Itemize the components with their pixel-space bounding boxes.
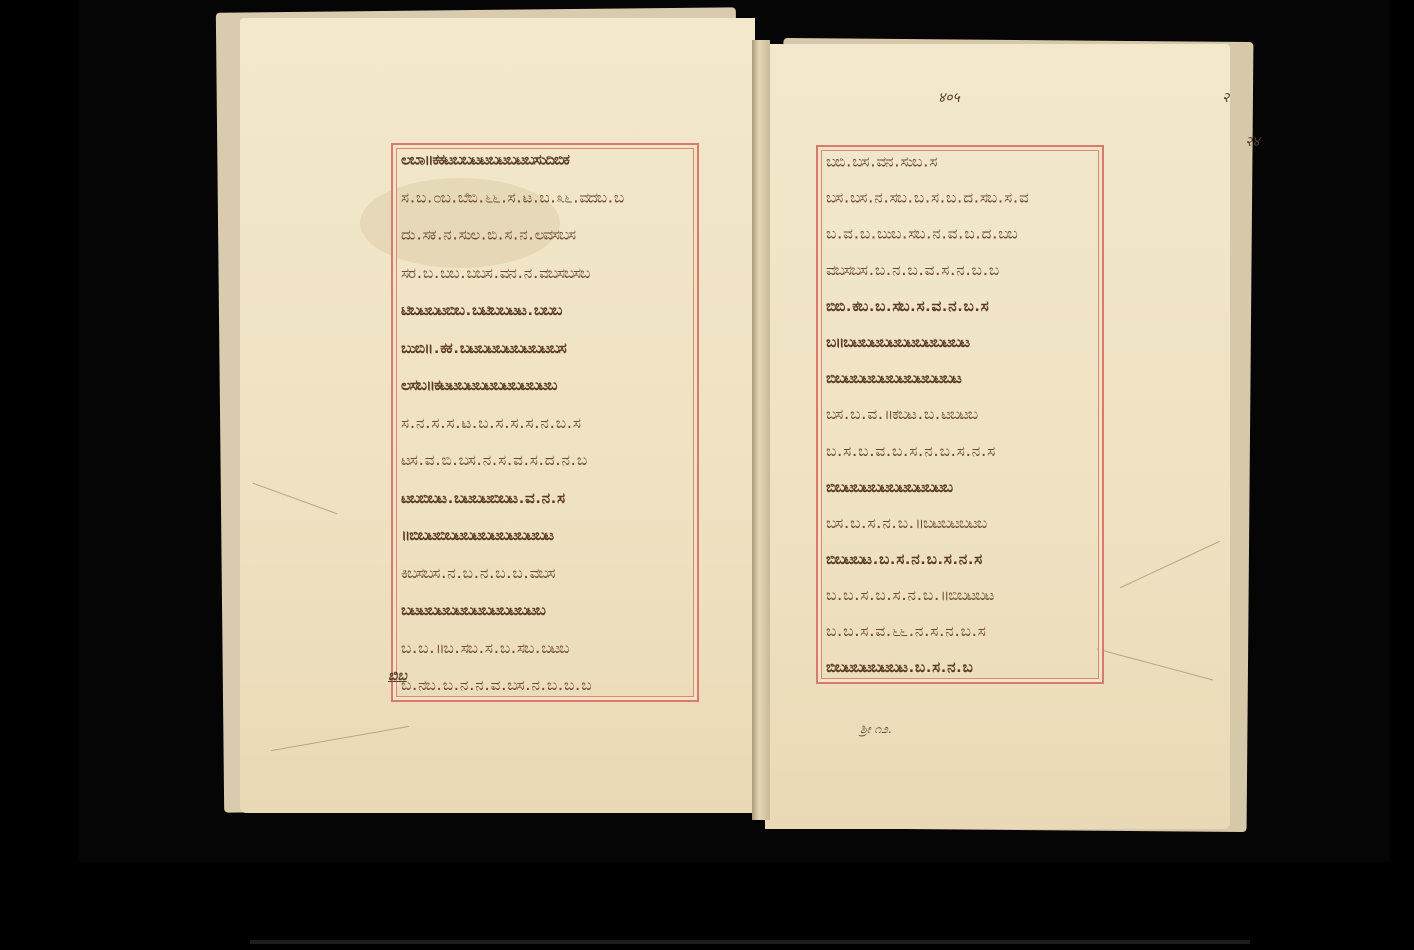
corner-mark: २४ — [1245, 132, 1260, 151]
bottom-edge — [250, 940, 1250, 944]
text-line: ವಬಸಬಸ.ಬ.ನ.ಬ.ವ.ಸ.ನ.ಬ.ಬ — [826, 262, 1094, 279]
text-line: ಸರ.ಬ.ಬಬ.ಬಬಸ.ವನ.ನ.ವಬಸಬಸಬ — [401, 264, 689, 281]
text-line: ಸ.ನ.ಸ.ಸ.ಟ.ಬ.ಸ.ಸ.ಸ.ನ.ಬ.ಸ — [401, 414, 689, 431]
text-line: ಲಬಾ॥ಕಕಟಬಬಟಟಬಟಬಟಬಸುದಿಬಿಕ — [401, 151, 689, 168]
left-text-frame: ಲಬಾ॥ಕಕಟಬಬಟಟಬಟಬಟಬಸುದಿಬಿಕ ಸ.ಬ.೦ಬ.ಬೆಬಿ.೬೬.ಸ… — [391, 143, 699, 702]
text-line: ಬಿಬಟಬಟಬಟಬಟಬಟಬಟಬ — [826, 478, 1094, 495]
text-line: ಸ.ಬ.೦ಬ.ಬೆಬಿ.೬೬.ಸ.ಟ.ಬ.೩೬.ವದಬ.ಬ — [401, 189, 689, 206]
text-line: ಲಸಬ॥ಕಟಟಬಟಬಟಬಟಬಟಬಟಬ — [401, 376, 689, 393]
text-line: ಟಸ.ವ.ಬಿ.ಬಸ.ನ.ಸ.ವ.ಸ.ದ.ನ.ಬ — [401, 451, 689, 468]
text-line: ಬ.ಬ.ಸ.ಬ.ಸ.ನ.ಬ.॥ಬಿಬಟಬಟ — [826, 586, 1094, 603]
text-line: ಬಿಬಿ.ಕಬ.ಬ.ಸಬ.ಸ.ವ.ನ.ಬ.ಸ — [826, 298, 1094, 315]
text-line: ಕಿಬಸಬಸ.ನ.ಬ.ನ.ಬ.ಬ.ವಬಸ — [401, 564, 689, 581]
text-line: ಬ.ವ.ಬ.ಬುಬ.ಸಬ.ನ.ವ.ಬ.ದ.ಬಬ — [826, 226, 1094, 243]
text-line: ॥ಬಿಬಟಬಿಬಟಬಟಬಟಬಟಬಟಬಟ — [401, 526, 689, 543]
text-line: ಬಿಬಟಬಟಬಟಬಟ.ಬ.ಸ.ನ.ಬ — [826, 658, 1094, 675]
text-line: ಬಬಿ.ಬಸ.ವನ.ಸುಬ.ಸ — [826, 153, 1094, 170]
text-line: ಬ.ಬ.॥ಬ.ಸಬ.ಸ.ಬ.ಸಬ.ಬಟಬ — [401, 639, 689, 656]
text-line: ಬಸ.ಬ.ಸ.ನ.ಬ.॥ಬಟಬಟಬಟಬ — [826, 514, 1094, 531]
text-line: ಟಿಬಟಬಟಬಿಬ.ಬಟಿಬಬಟಟ.ಬಬಬ — [401, 301, 689, 318]
text-line: ಟಬಬಿಬಟ.ಬಟಬಟಬಿಬಟ.ವ.ನ.ಸ — [401, 489, 689, 506]
text-line: ಬಿಬಟಬಟ.ಬ.ಸ.ನ.ಬ.ಸ.ನ.ಸ — [826, 550, 1094, 567]
paper-crack — [271, 726, 409, 751]
text-line: ಬಸ.ಬಸ.ನ.ಸಬ.ಬ.ಸ.ಬ.ದ.ಸಬ.ಸ.ವ — [826, 190, 1094, 207]
text-line: ಬ.ಸ.ಬ.ವ.ಬ.ಸ.ನ.ಬ.ಸ.ನ.ಸ — [826, 442, 1094, 459]
paper-crack — [1120, 541, 1220, 588]
paper-crack — [1097, 648, 1213, 680]
corner-mark: २ — [1222, 88, 1229, 107]
paper-crack — [253, 483, 338, 515]
text-line: ಬಿಬಟಬಟಬಟಬಟಬಟಬಟಬಟ — [826, 370, 1094, 387]
text-line: ಬುಬಿ॥.ಕಕ.ಬಟಬಟಬಟಬಟಬಟಬಸ — [401, 339, 689, 356]
text-line: ಬ.ನಬ.ಬ.ನ.ನ.ವ.ಬಸ.ನ.ಬ.ಬ.ಬ — [401, 676, 689, 693]
right-text-frame: ಬಬಿ.ಬಸ.ವನ.ಸುಬ.ಸ ಬಸ.ಬಸ.ನ.ಸಬ.ಬ.ಸ.ಬ.ದ.ಸಬ.ಸ.… — [816, 145, 1104, 684]
text-line: ಬಟಟಬಟಬಟಬಟಬಟಬಟಬಟಬ — [401, 601, 689, 618]
folio-number: ४०५ — [938, 88, 960, 107]
catchword: ಶ್ರೀ ೧೨. — [860, 722, 892, 737]
book-spine-gutter — [752, 40, 770, 820]
text-line: ಬಸ.ಬ.ವ.॥ಕಬಟ.ಬ.ಟಬಟಬ — [826, 406, 1094, 423]
text-line: ಬ॥ಬಟಬಟಬಟಬಟಬಟಬಟಬಟ — [826, 334, 1094, 351]
text-line: ಬ.ಬ.ಸ.ವ.೬೬.ನ.ಸ.ನ.ಬ.ಸ — [826, 622, 1094, 639]
closing-mark: ಬಿಬ — [388, 668, 407, 684]
text-line: ದು.ಸಕ.ನ.ಸುಲ.ಬಿ.ಸ.ನ.ಲವಸಬಸ — [401, 226, 689, 243]
